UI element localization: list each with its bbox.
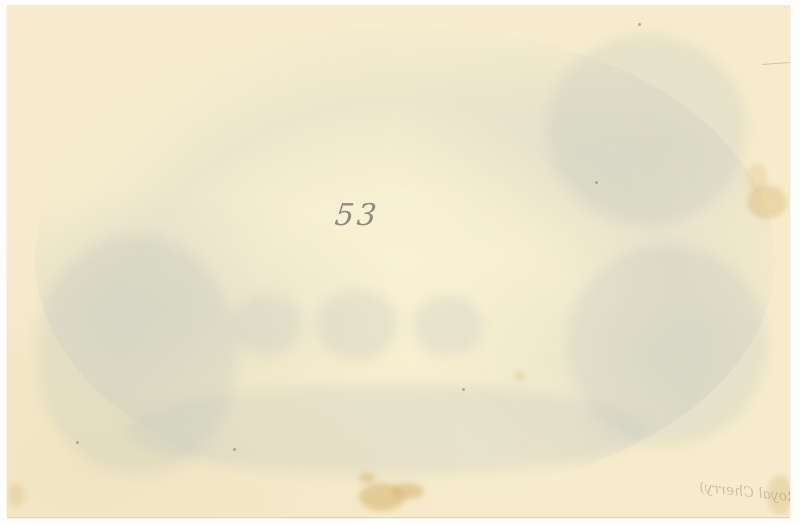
speck bbox=[76, 441, 79, 444]
stain-bottom-left bbox=[7, 483, 25, 507]
show-through-boat-1 bbox=[232, 295, 302, 355]
show-through-boat-2 bbox=[317, 290, 397, 360]
speck bbox=[638, 23, 641, 26]
show-through-boat-3 bbox=[412, 295, 482, 355]
paper-sheet: 53 (Royal Cherry) bbox=[7, 5, 790, 517]
stain-right-edge-streak bbox=[747, 163, 767, 191]
speck bbox=[233, 448, 236, 451]
stain-bottom-center-tail bbox=[392, 483, 424, 499]
paper-crease bbox=[762, 62, 790, 65]
speck bbox=[595, 181, 598, 184]
show-through-ground bbox=[127, 385, 647, 475]
stain-bottom-center-small bbox=[359, 473, 375, 483]
pencil-inventory-number: 53 bbox=[333, 198, 381, 233]
speck bbox=[462, 388, 465, 391]
stain-center-dot bbox=[515, 372, 524, 380]
scan-background: 53 (Royal Cherry) bbox=[0, 0, 800, 525]
show-through-tree-right-top bbox=[547, 35, 747, 225]
